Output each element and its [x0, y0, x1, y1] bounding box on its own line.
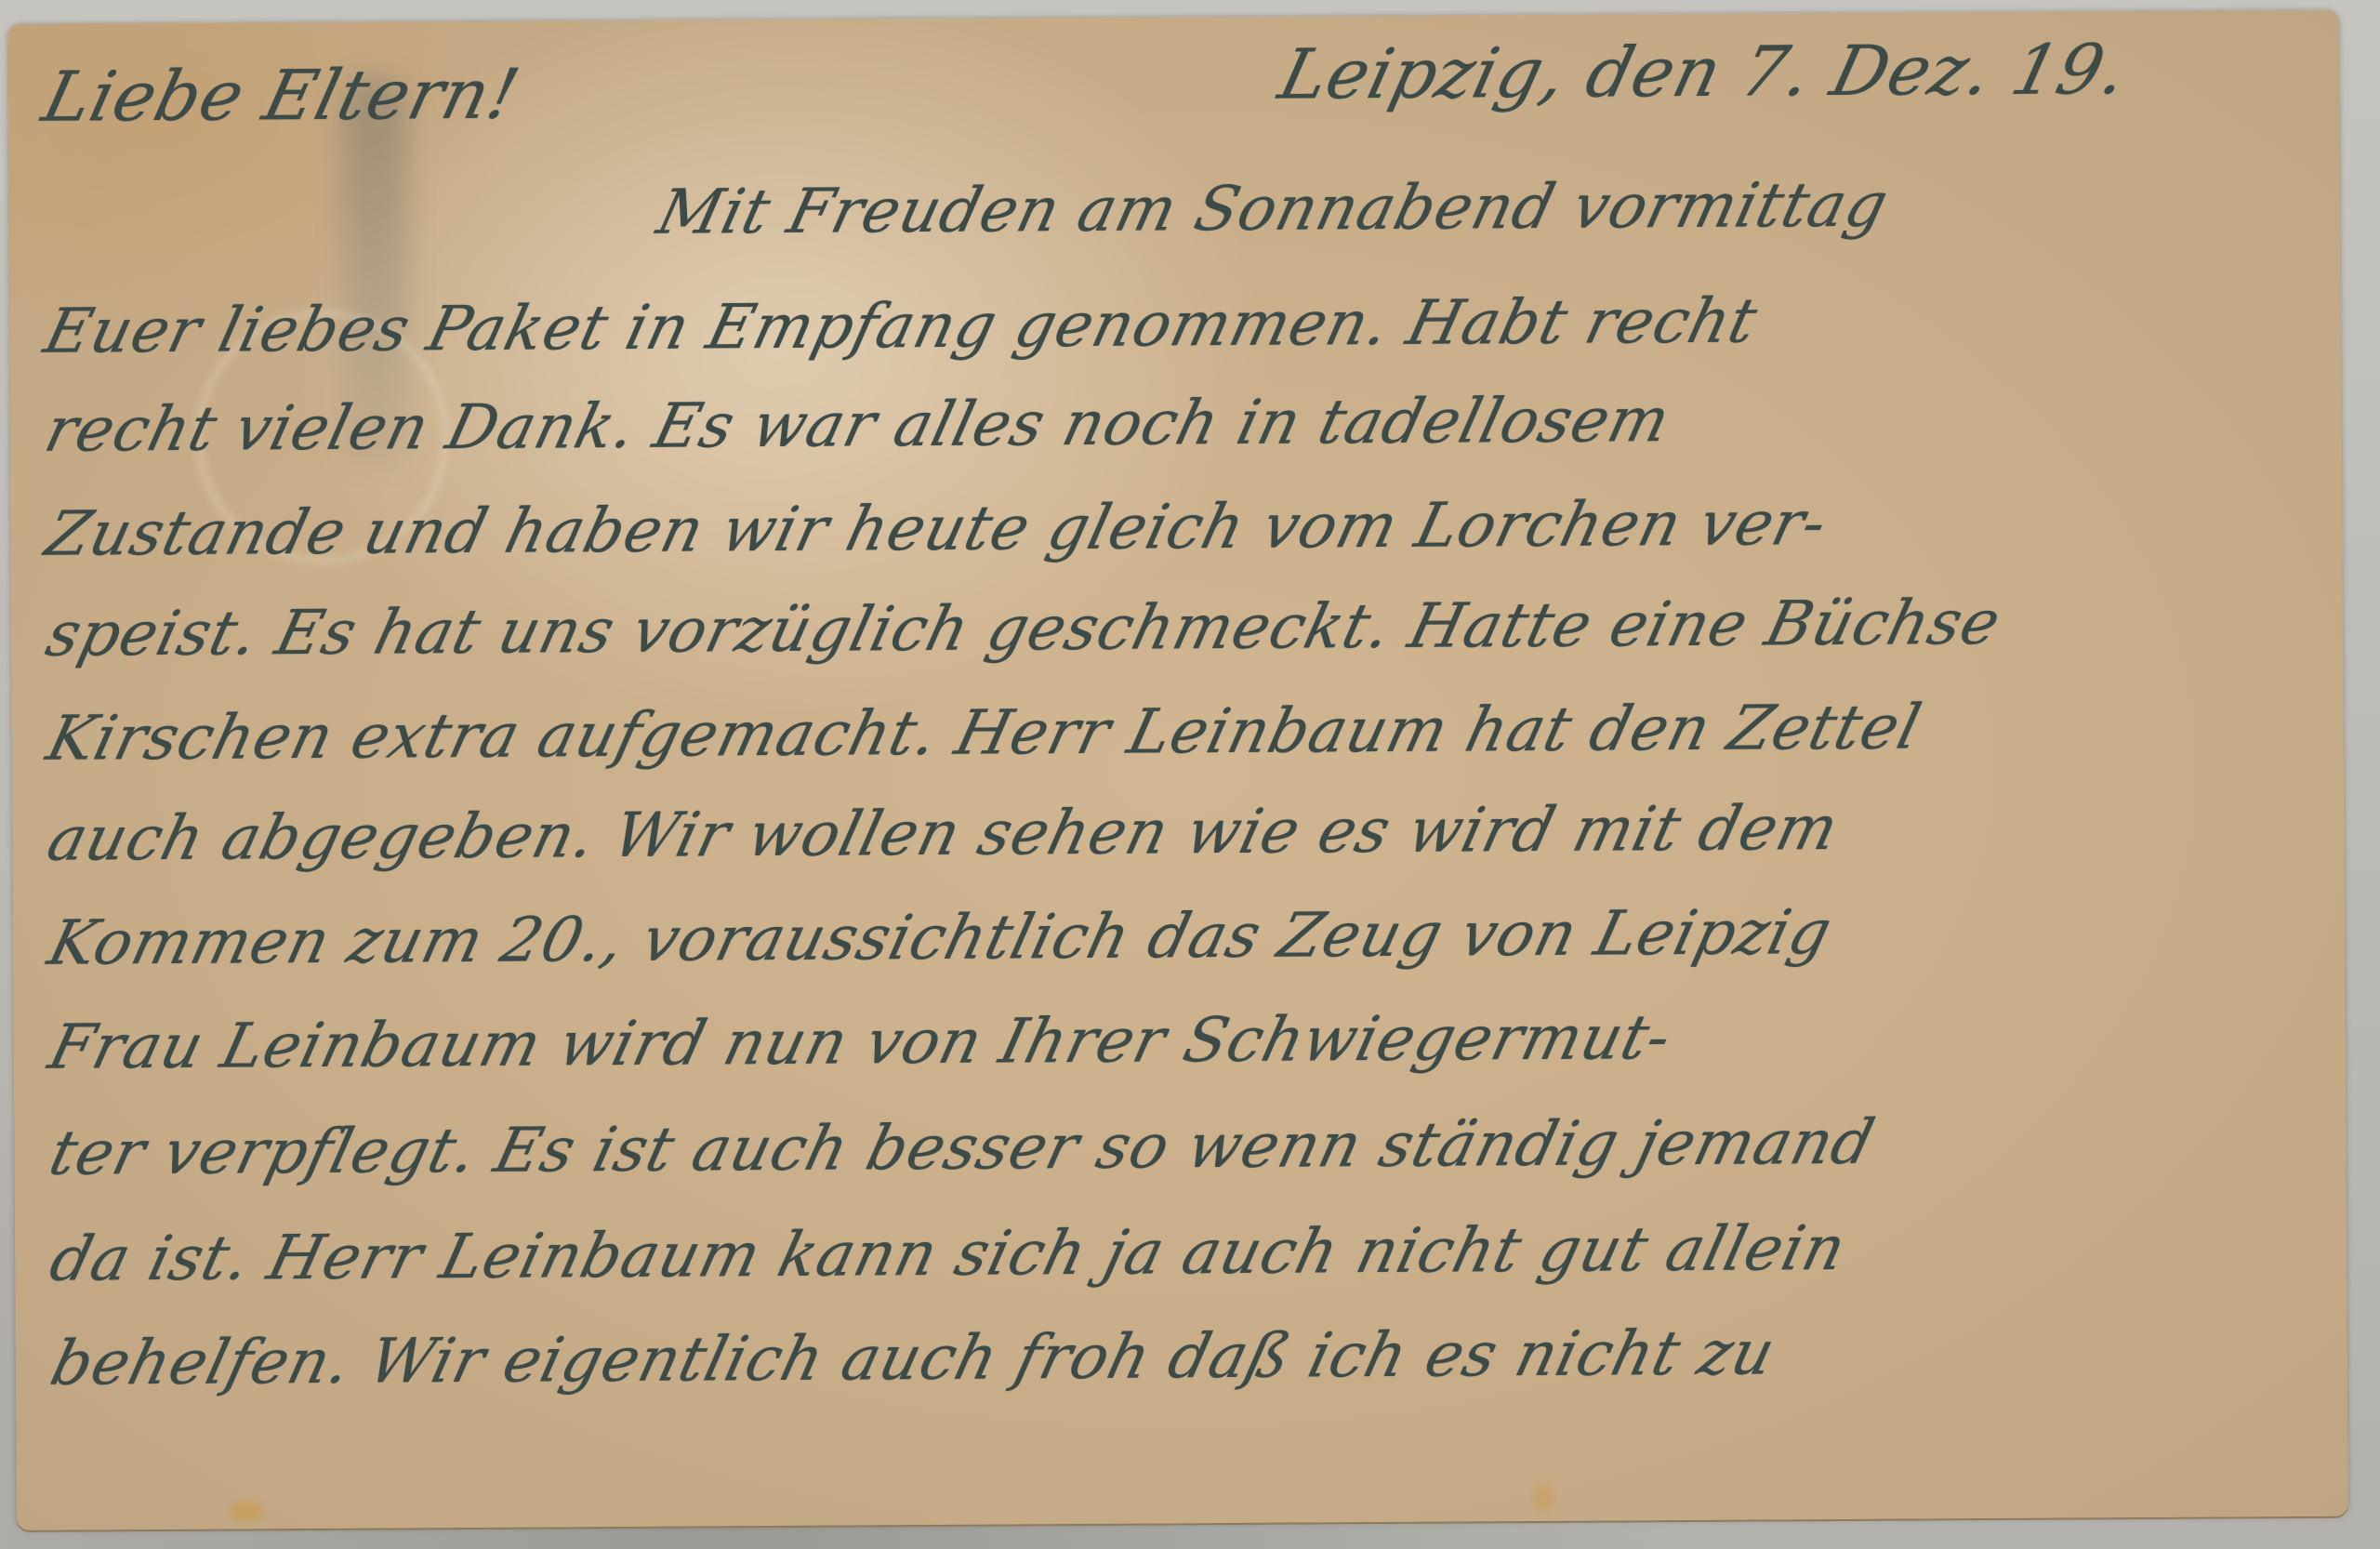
letter-line: da ist. Herr Leinbaum kann sich ja auch …: [44, 1212, 1854, 1295]
letter-line: Kommen zum 20., voraussichtlich das Zeug…: [42, 896, 1839, 979]
letter-line: recht vielen Dank. Es war alles noch in …: [38, 384, 1677, 466]
rust-stain: [231, 1501, 264, 1521]
letter-line: speist. Es hat uns vorzüglich geschmeckt…: [40, 587, 2008, 670]
letter-line: behelfen. Wir eigentlich auch froh daß i…: [44, 1317, 1782, 1398]
letter-line: Frau Leinbaum wird nun von Ihrer Schwieg…: [42, 1001, 1678, 1083]
rust-stain: [1532, 1484, 1554, 1512]
letter-line: Kirschen extra aufgemacht. Herr Leinbaum…: [40, 691, 1928, 774]
letter-line: Mit Freuden am Sonnabend vormittag: [651, 169, 1896, 248]
letter-line: ter verpflegt. Es ist auch besser so wen…: [43, 1106, 1882, 1189]
salutation: Liebe Eltern!: [35, 55, 527, 138]
letter-line: auch abgegeben. Wir wollen sehen wie es …: [41, 792, 1845, 875]
dateline: Leipzig, den 7. Dez. 19.: [1272, 30, 2135, 115]
letter-line: Euer liebes Paket in Empfang genommen. H…: [38, 285, 1765, 366]
letter-line: Zustande und haben wir heute gleich vom …: [39, 487, 1834, 570]
postcard: Liebe Eltern! Leipzig, den 7. Dez. 19. M…: [7, 10, 2348, 1530]
